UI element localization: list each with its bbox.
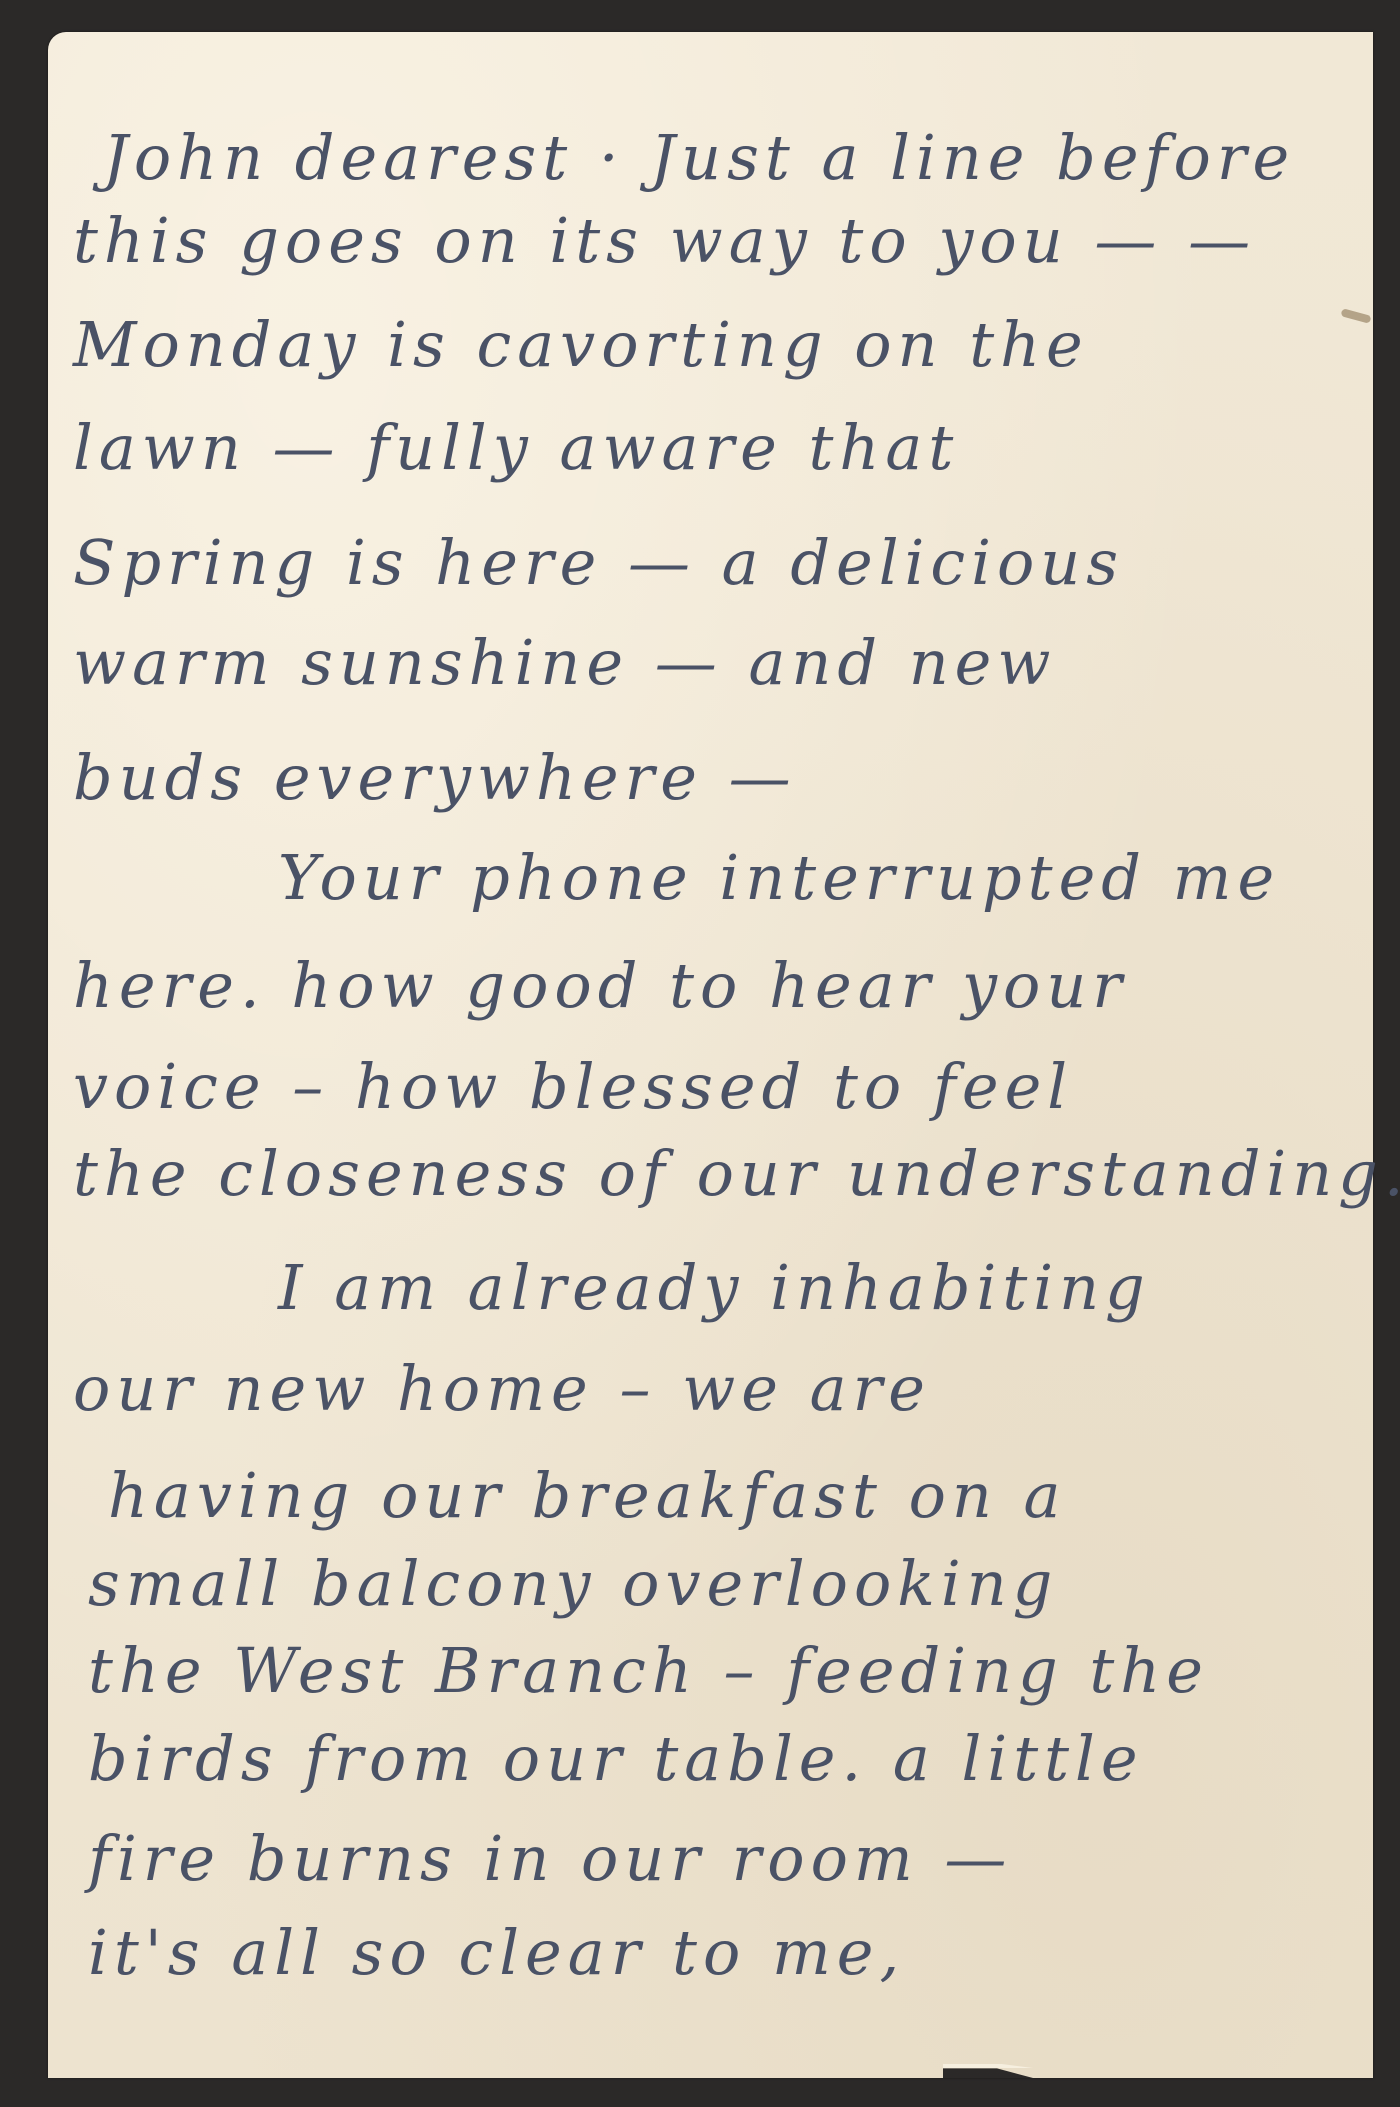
- handwritten-line: our new home – we are: [73, 1358, 931, 1420]
- letter-page: John dearest · Just a line before this g…: [48, 32, 1373, 2078]
- handwritten-line: it's all so clear to me,: [88, 1922, 905, 1984]
- handwritten-line: Your phone interrupted me: [278, 847, 1280, 909]
- torn-edge-flap: [943, 2064, 1033, 2068]
- handwritten-line: small balcony overlooking: [88, 1553, 1058, 1615]
- handwritten-line: Spring is here — a delicious: [73, 532, 1124, 594]
- handwritten-line: warm sunshine — and new: [73, 632, 1056, 694]
- handwritten-line: buds everywhere —: [73, 747, 797, 809]
- handwritten-line: here. how good to hear your: [73, 955, 1128, 1017]
- handwritten-line: having our breakfast on a: [108, 1465, 1067, 1527]
- handwritten-line: lawn — fully aware that: [73, 417, 959, 479]
- paper-stain: [1340, 308, 1371, 323]
- handwritten-line: birds from our table. a little: [88, 1728, 1144, 1790]
- handwritten-line: I am already inhabiting: [278, 1257, 1151, 1319]
- handwritten-line: John dearest · Just a line before: [103, 127, 1295, 189]
- handwritten-line: this goes on its way to you — —: [73, 210, 1256, 272]
- handwritten-line: the West Branch – feeding the: [88, 1640, 1209, 1702]
- handwritten-line: Monday is cavorting on the: [73, 314, 1089, 376]
- handwritten-line: fire burns in our room —: [88, 1828, 1012, 1890]
- handwritten-line: the closeness of our understanding.: [73, 1143, 1400, 1205]
- handwritten-line: voice – how blessed to feel: [73, 1056, 1073, 1118]
